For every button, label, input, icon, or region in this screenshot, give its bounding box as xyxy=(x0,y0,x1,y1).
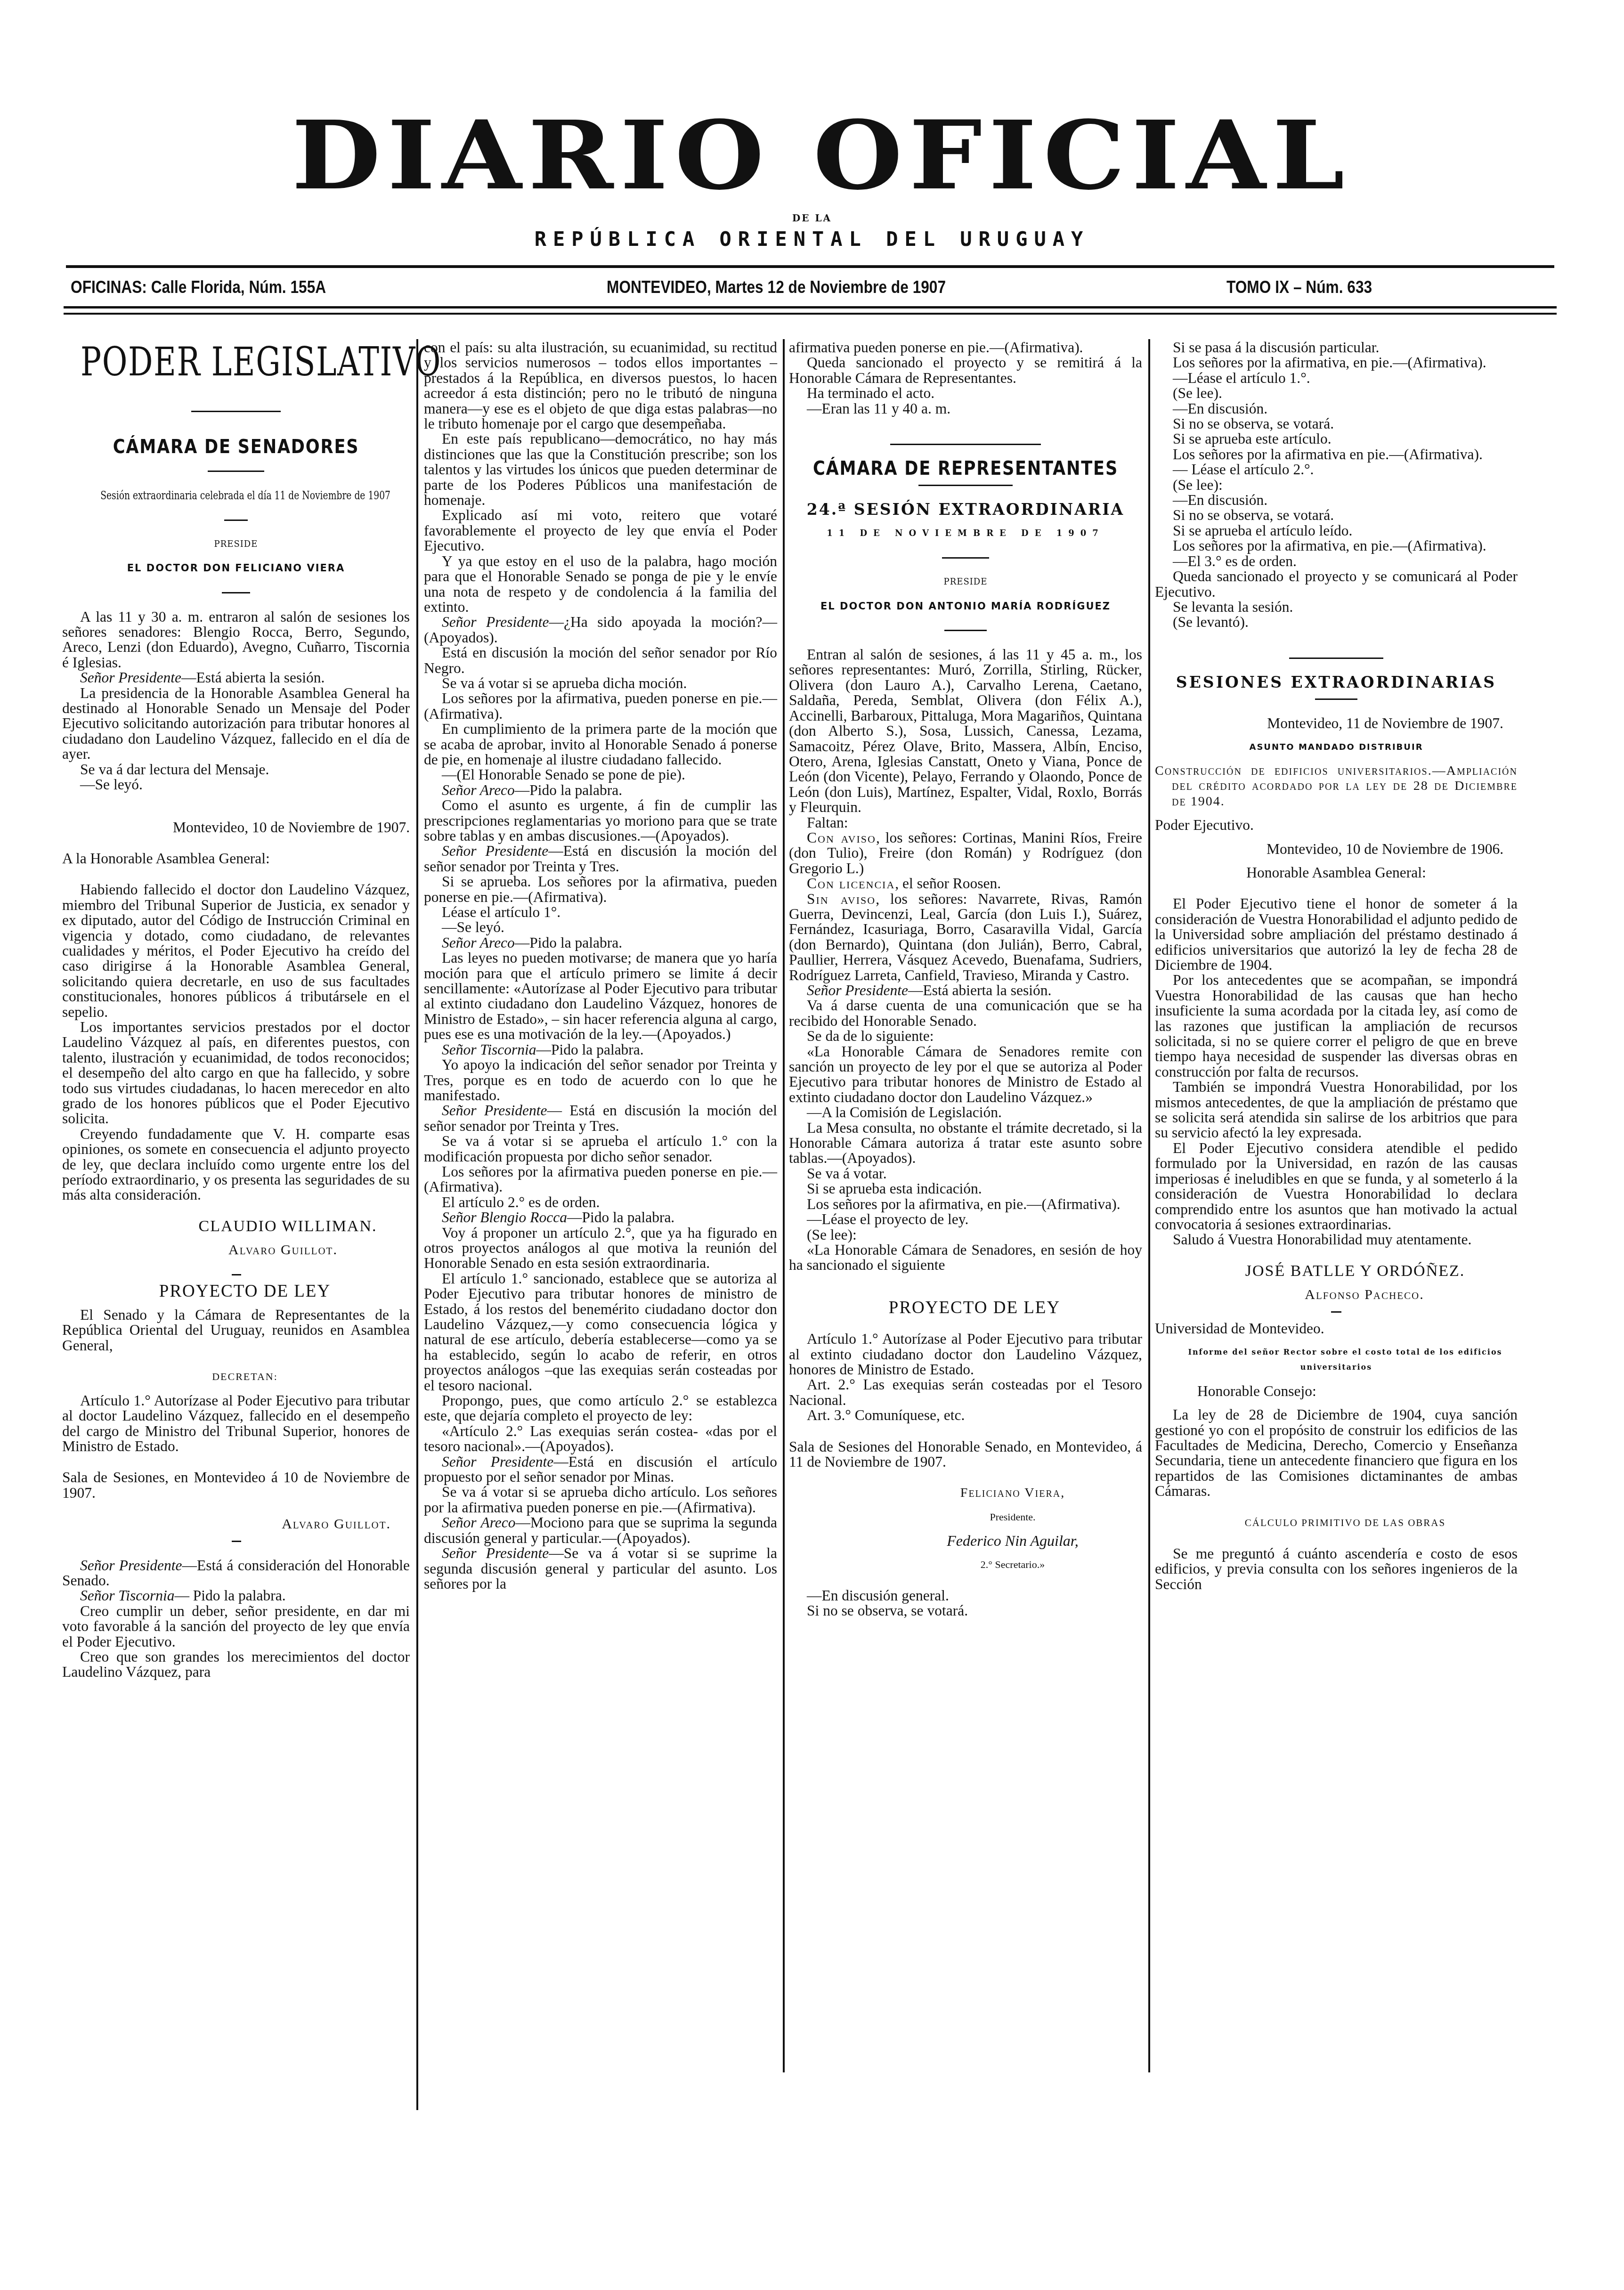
paragraph: Señor Presidente—Está en discusión la mo… xyxy=(424,844,777,874)
paragraph: Léase el artículo 1°. xyxy=(424,905,777,920)
paragraph: Los señores por la afirmativa, en pie.—(… xyxy=(1155,355,1518,370)
preside-label: PRESIDE xyxy=(62,537,410,552)
signature: CLAUDIO WILLIMAN. xyxy=(62,1219,410,1234)
paragraph: En este país republicano—democrático, no… xyxy=(424,431,777,508)
paragraph: Señor Presidente—Está en discusión el ar… xyxy=(424,1454,777,1485)
date-line: Montevideo, 11 de Noviembre de 1907. xyxy=(1155,716,1518,731)
paragraph: Los importantes servicios prestados por … xyxy=(62,1020,410,1127)
speaker: Señor Areco xyxy=(442,1514,515,1531)
paragraph: Con licencia, el señor Roosen. xyxy=(789,876,1142,891)
subheading: ASUNTO MANDADO DISTRIBUIR xyxy=(1155,740,1518,755)
speaker: Señor Tiscornia xyxy=(442,1041,536,1058)
paragraph: Señor Areco—Pido la palabra. xyxy=(424,935,777,950)
newspaper-title: DIARIO OFICIAL xyxy=(19,106,1624,205)
signature: Alfonso Pacheco. xyxy=(1155,1287,1518,1302)
paragraph: —Léase el proyecto de ley. xyxy=(789,1212,1142,1227)
paragraph: «La Honorable Cámara de Senadores remite… xyxy=(789,1044,1142,1105)
paragraph: Y ya que estoy en el uso de la palabra, … xyxy=(424,554,777,615)
paragraph: Si se aprueba. Los señores por la afirma… xyxy=(424,874,777,905)
signature: Alvaro Guillot. xyxy=(62,1517,410,1532)
paragraph: Queda sancionado el proyecto y se comuni… xyxy=(1155,569,1518,600)
section-heading: SESIONES EXTRAORDINARIAS xyxy=(1155,675,1518,690)
section-heading: PODER LEGISLATIVO xyxy=(81,340,411,383)
paragraph: Faltan: xyxy=(789,815,1142,830)
column-1: PODER LEGISLATIVO CÁMARA DE SENADORES Se… xyxy=(62,340,410,1680)
paragraph: — Léase el artículo 2.°. xyxy=(1155,462,1518,477)
paragraph: La ley de 28 de Diciembre de 1904, cuya … xyxy=(1155,1407,1518,1499)
paragraph: Los señores por la afirmativa, en pie.—(… xyxy=(789,1197,1142,1212)
paragraph: Se va á dar lectura del Mensaje. xyxy=(62,762,410,777)
signature: Federico Nin Aguilar, xyxy=(789,1533,1142,1548)
paragraph: con el país: su alta ilustración, su ecu… xyxy=(424,340,777,431)
bill-heading: PROYECTO DE LEY xyxy=(62,1284,410,1299)
speaker: Señor Blengio Rocca xyxy=(442,1209,567,1226)
salutation: Honorable Asamblea General: xyxy=(1155,865,1518,880)
column-separator xyxy=(416,339,418,2110)
paragraph: Se va á votar. xyxy=(789,1166,1142,1181)
paragraph: «Artículo 2.° Las exequias serán costea-… xyxy=(424,1424,777,1454)
info-rule-upper xyxy=(64,306,1557,309)
paragraph: Art. 2.° Las exequias serán costeadas po… xyxy=(789,1377,1142,1408)
session-date: 11 DE NOVIEMBRE DE 1907 xyxy=(789,526,1142,541)
paragraph: A las 11 y 30 a. m. entraron al salón de… xyxy=(62,609,410,671)
paragraph: El Poder Ejecutivo tiene el honor de som… xyxy=(1155,896,1518,973)
paragraph: Art. 3.° Comuníquese, etc. xyxy=(789,1408,1142,1423)
paragraph: Creo que son grandes los merecimientos d… xyxy=(62,1649,410,1680)
volume-number: TOMO IX – Núm. 633 xyxy=(1226,277,1372,297)
paragraph: La Mesa consulta, no obstante el trámite… xyxy=(789,1121,1142,1166)
paragraph: —En discusión. xyxy=(1155,401,1518,416)
column-2: con el país: su alta ilustración, su ecu… xyxy=(424,340,777,1592)
paragraph: El artículo 2.° es de orden. xyxy=(424,1195,777,1210)
paragraph: Se me preguntó á cuánto ascendería e cos… xyxy=(1155,1546,1518,1592)
paragraph: Señor Tiscornia— Pido la palabra. xyxy=(62,1588,410,1603)
paragraph: Va á darse cuenta de una comunicación qu… xyxy=(789,998,1142,1029)
paragraph: (Se levantó). xyxy=(1155,615,1518,630)
paragraph: —El 3.° es de orden. xyxy=(1155,554,1518,569)
paragraph: En cumplimiento de la primera parte de l… xyxy=(424,722,777,767)
paragraph: Propongo, pues, que como artículo 2.° se… xyxy=(424,1393,777,1424)
session-heading: 24.ª SESIÓN EXTRAORDINARIA xyxy=(789,502,1142,517)
paragraph: (Se lee): xyxy=(1155,478,1518,493)
preside-label: PRESIDE xyxy=(789,575,1142,590)
speaker: Señor Presidente xyxy=(80,1557,182,1574)
paragraph: Si se aprueba esta indicación. xyxy=(789,1181,1142,1196)
decretan-heading: DECRETAN: xyxy=(62,1369,410,1384)
paragraph: Se va á votar si se aprueba dicho artícu… xyxy=(424,1485,777,1515)
paragraph: Sala de Sesiones del Honorable Senado, e… xyxy=(789,1439,1142,1470)
paragraph: Artículo 1.° Autorízase al Poder Ejecuti… xyxy=(62,1393,410,1454)
paragraph: Si no se observa, se votará. xyxy=(1155,508,1518,523)
paragraph: Ha terminado el acto. xyxy=(789,386,1142,401)
paragraph: Señor Presidente—Está abierta la sesión. xyxy=(789,983,1142,998)
preside-name: EL DOCTOR DON ANTONIO MARÍA RODRÍGUEZ xyxy=(789,599,1142,614)
column-4: Si se pasa á la discusión particular. Lo… xyxy=(1155,340,1518,1592)
speaker: Señor Areco xyxy=(442,934,515,951)
paragraph: Los señores por la afirmativa pueden pon… xyxy=(424,1164,777,1195)
chamber-heading: CÁMARA DE REPRESENTANTES xyxy=(810,461,1121,476)
paragraph: Está en discusión la moción del señor se… xyxy=(424,645,777,676)
signature-title: Presidente. xyxy=(789,1510,1142,1525)
info-line: OFICINAS: Calle Florida, Núm. 155A MONTE… xyxy=(71,276,1372,299)
newspaper-subtitle: REPÚBLICA ORIENTAL DEL URUGUAY xyxy=(0,227,1624,251)
paragraph: Explicado así mi voto, reitero que votar… xyxy=(424,508,777,553)
paragraph: Se levanta la sesión. xyxy=(1155,600,1518,615)
paragraph: Se da de lo siguiente: xyxy=(789,1029,1142,1044)
paragraph: Sala de Sesiones, en Montevideo á 10 de … xyxy=(62,1470,410,1501)
message-salutation: A la Honorable Asamblea General: xyxy=(62,851,410,866)
column-separator xyxy=(1148,339,1150,2072)
paragraph: Señor Areco—Pido la palabra. xyxy=(424,783,777,798)
signature-title: 2.° Secretario.» xyxy=(789,1557,1142,1572)
paragraph: El artículo 1.° sancionado, establece qu… xyxy=(424,1271,777,1393)
paragraph: Si no se observa, se votará. xyxy=(789,1603,1142,1618)
paragraph: —En discusión general. xyxy=(789,1588,1142,1603)
paragraph: Sin aviso, los señores: Navarrete, Rivas… xyxy=(789,892,1142,983)
paragraph: También se impondrá Vuestra Honorabilida… xyxy=(1155,1080,1518,1141)
paragraph: Señor Presidente—Se va á votar si se sup… xyxy=(424,1546,777,1592)
paragraph: El Poder Ejecutivo considera atendible e… xyxy=(1155,1141,1518,1232)
paragraph: Habiendo fallecido el doctor don Laudeli… xyxy=(62,882,410,1020)
speaker: Señor Presidente xyxy=(80,669,181,686)
bill-heading: PROYECTO DE LEY xyxy=(789,1300,1142,1316)
paragraph: Señor Presidente—¿Ha sido apoyada la moc… xyxy=(424,615,777,645)
paragraph: Honorable Consejo: xyxy=(1155,1384,1518,1399)
paragraph: Si no se observa, se votará. xyxy=(1155,416,1518,431)
paragraph: Los señores por la afirmativa en pie.—(A… xyxy=(1155,447,1518,462)
paragraph: Por los antecedentes que se acompañan, s… xyxy=(1155,973,1518,1080)
calculation-heading: CÁLCULO PRIMITIVO DE LAS OBRAS xyxy=(1155,1515,1518,1530)
paragraph: Señor Blengio Rocca—Pido la palabra. xyxy=(424,1210,777,1225)
masthead: DIARIO OFICIAL DE LA REPÚBLICA ORIENTAL … xyxy=(0,101,1624,251)
subject-heading: Construcción de edificios universitarios… xyxy=(1155,763,1518,809)
paragraph: Se va á votar si se aprueba dicha moción… xyxy=(424,676,777,691)
paragraph: —Se leyó. xyxy=(62,777,410,792)
paragraph: Si se pasa á la discusión particular. xyxy=(1155,340,1518,355)
paragraph: (Se lee). xyxy=(1155,386,1518,401)
preside-name: EL DOCTOR DON FELICIANO VIERA xyxy=(62,560,410,576)
paragraph: Señor Presidente—Está á consideración de… xyxy=(62,1558,410,1589)
speaker: Señor Tiscornia xyxy=(80,1587,174,1604)
paragraph: Señor Presidente—Está abierta la sesión. xyxy=(62,670,410,685)
paragraph: —Léase el artículo 1.°. xyxy=(1155,371,1518,386)
paragraph: Creyendo fundadamente que V. H. comparte… xyxy=(62,1127,410,1203)
signature: Alvaro Guillot. xyxy=(62,1242,410,1258)
paragraph: Yo apoyo la indicación del señor senador… xyxy=(424,1057,777,1103)
paragraph: Con aviso, los señores: Cortinas, Manini… xyxy=(789,830,1142,876)
paragraph: Creo cumplir un deber, señor presidente,… xyxy=(62,1604,410,1649)
paragraph: Universidad de Montevideo. xyxy=(1155,1321,1518,1336)
speaker: Señor Presidente xyxy=(442,614,549,630)
paragraph: Poder Ejecutivo. xyxy=(1155,818,1518,833)
signature: JOSÉ BATLLE Y ORDÓÑEZ. xyxy=(1155,1264,1518,1279)
paragraph: Saludo á Vuestra Honorabilidad muy atent… xyxy=(1155,1232,1518,1247)
column-3: afirmativa pueden ponerse en pie.—(Afirm… xyxy=(789,340,1142,1619)
paragraph: —A la Comisión de Legislación. xyxy=(789,1105,1142,1120)
message-date: Montevideo, 10 de Noviembre de 1907. xyxy=(62,820,410,835)
speaker: Señor Areco xyxy=(442,782,515,798)
offices-address: OFICINAS: Calle Florida, Núm. 155A xyxy=(71,277,326,297)
paragraph: Si se aprueba el artículo leído. xyxy=(1155,523,1518,538)
speaker: Señor Presidente xyxy=(442,1454,553,1470)
speaker: Señor Presidente xyxy=(442,1102,547,1119)
paragraph: Señor Areco—Mociono para que se suprima … xyxy=(424,1515,777,1546)
speaker: Señor Presidente xyxy=(442,843,548,859)
paragraph: —Se leyó. xyxy=(424,920,777,935)
speaker: Señor Presidente xyxy=(807,982,908,999)
paragraph: Si se aprueba este artículo. xyxy=(1155,431,1518,447)
date-line: Montevideo, 10 de Noviembre de 1906. xyxy=(1155,842,1518,857)
newspaper-title-de-la: DE LA xyxy=(0,212,1624,224)
paragraph: afirmativa pueden ponerse en pie.—(Afirm… xyxy=(789,340,1142,355)
paragraph: —Eran las 11 y 40 a. m. xyxy=(789,401,1142,416)
chamber-heading: CÁMARA DE SENADORES xyxy=(83,439,389,455)
paragraph: Señor Tiscornia—Pido la palabra. xyxy=(424,1042,777,1057)
paragraph: —(El Honorable Senado se pone de pie). xyxy=(424,767,777,782)
report-heading: Informe del señor Rector sobre el costo … xyxy=(1155,1345,1518,1375)
top-rule xyxy=(66,265,1554,268)
paragraph: Queda sancionado el proyecto y se remiti… xyxy=(789,355,1142,386)
info-rule-lower xyxy=(64,313,1557,315)
paragraph: El Senado y la Cámara de Representantes … xyxy=(62,1307,410,1353)
paragraph: (Se lee): xyxy=(789,1227,1142,1242)
paragraph: Se va á votar si se aprueba el artículo … xyxy=(424,1134,777,1164)
speaker: Señor Presidente xyxy=(442,1545,549,1561)
session-subheading: Sesión extraordinaria celebrada el día 1… xyxy=(100,488,372,503)
paragraph: «La Honorable Cámara de Senadores, en se… xyxy=(789,1242,1142,1273)
paragraph: Voy á proponer un artículo 2.°, que ya h… xyxy=(424,1226,777,1271)
paragraph: Los señores por la afirmativa, pueden po… xyxy=(424,691,777,722)
dateline: MONTEVIDEO, Martes 12 de Noviembre de 19… xyxy=(607,277,946,297)
paragraph: Artículo 1.° Autorízase al Poder Ejecuti… xyxy=(789,1332,1142,1377)
paragraph: Señor Presidente— Está en discusión la m… xyxy=(424,1103,777,1134)
paragraph: La presidencia de la Honorable Asamblea … xyxy=(62,686,410,762)
signature: Feliciano Viera, xyxy=(789,1486,1142,1501)
paragraph: Las leyes no pueden motivarse; de manera… xyxy=(424,950,777,1042)
paragraph: Como el asunto es urgente, á fin de cump… xyxy=(424,798,777,844)
paragraph: Los señores por la afirmativa, en pie.—(… xyxy=(1155,538,1518,553)
column-separator xyxy=(783,339,785,2072)
paragraph: Entran al salón de sesiones, á las 11 y … xyxy=(789,647,1142,815)
paragraph: —En discusión. xyxy=(1155,493,1518,508)
